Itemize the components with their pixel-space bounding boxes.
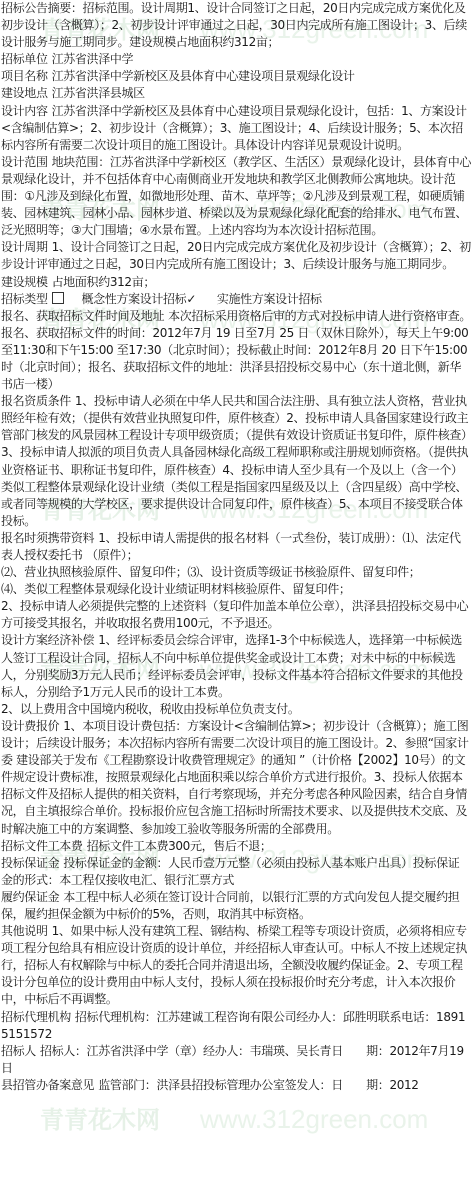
field-label: 设计方案经济补偿 [1, 633, 94, 647]
field-value: 投标保证金的金额：人民币壹万元整（必须由投标人基本账户出具）投标保证金的形式：本… [1, 856, 459, 887]
field-project-name: 项目名称江苏省洪泽中学新校区及县体育中心建设项目景观绿化设计 [1, 68, 471, 85]
field-value: 江苏省洪泽中学新校区及县体育中心建设项目景观绿化设计 [52, 69, 355, 83]
field-performance-bond: 履约保证金本工程中标人必须在签订设计合同前，以银行汇票的方式向发包人提交履约担保… [1, 889, 471, 923]
field-label: 设计内容 [1, 104, 48, 118]
field-tenderer-sign: 招标人招标人：江苏省洪泽中学（章）经办人：韦瑞瑛、吴长青日 期：2012年7月1… [1, 1043, 471, 1077]
field-value: 监管部门：洪泽县招投标管理办公室签发人：日 期：2012 [98, 1078, 418, 1092]
field-value: ⑷、类似工程整体景观绿化设计业绩证明材料核验原件、留复印件； [1, 582, 351, 596]
field-label: 设计周期 [1, 240, 48, 254]
field-tenderer: 招标单位江苏省洪泽中学 [1, 51, 471, 68]
field-value: 江苏省洪泽中学 [52, 52, 134, 66]
field-materials-cont: ⑵、营业执照核验原件、留复印件；⑶、设计资质等级证书核验原件、留复印件； [1, 564, 471, 581]
field-other-notes: 其他说明1、如果中标人没有建筑工程、钢结构、桥梁工程等专项设计资质，必须将相应专… [1, 923, 471, 1008]
field-label: 建设地点 [1, 86, 48, 100]
field-filing-opinion: 县招管办备案意见监管部门：洪泽县招投标管理办公室签发人：日 期：2012 [1, 1077, 471, 1094]
bid-type-option-concept: 概念性方案设计招标 [81, 292, 186, 306]
summary-paragraph: 招标公告摘要：招标范围。设计周期1、设计合同签订之日起，20日内完成完成方案优化… [1, 0, 471, 51]
field-agency: 招标代理机构招标代理机构：江苏建诚工程咨询有限公司经办人：邱胜明联系电话：189… [1, 1009, 471, 1043]
field-compensation: 设计方案经济补偿1、经评标委员会综合评审，选择1-3个中标候选人，选择第一中标候… [1, 632, 471, 700]
field-design-period: 设计周期1、设计合同签订之日起，20日内完成完成方案优化及初步设计（含概算）；2… [1, 239, 471, 273]
field-label: 其他说明 [1, 924, 48, 938]
field-bid-bond: 投标保证金投标保证金的金额：人民币壹万元整（必须由投标人基本账户出具）投标保证金… [1, 855, 471, 889]
watermark: 青青花木网www.312green.com [40, 1100, 428, 1135]
field-label: 招标单位 [1, 52, 48, 66]
field-label: 设计费报价 [1, 719, 59, 733]
field-value: 招标人：江苏省洪泽中学（章）经办人：韦瑞瑛、吴长青日 期：2012年7月19日 [1, 1044, 464, 1075]
field-location: 建设地点江苏省洪泽县城区 [1, 85, 471, 102]
field-qualification: 报名资质条件1、投标申请人必须在中华人民共和国合法注册、具有独立法人资格，营业执… [1, 393, 471, 530]
field-materials: 报名时须携带资料1、投标申请人需提供的报名材料（一式叁份，装订成册）：⑴、法定代… [1, 530, 471, 564]
field-value: 地块范围：江苏省洪泽中学新校区（教学区、生活区）景观绿化设计，县体育中心景观绿化… [1, 155, 471, 237]
field-scale: 建设规模占地面积约312亩； [1, 274, 471, 291]
field-value: 2、以上费用含中国境内税收，税收由投标单位负责支付。 [1, 702, 300, 716]
field-design-scope: 设计范围地块范围：江苏省洪泽中学新校区（教学区、生活区）景观绿化设计，县体育中心… [1, 154, 471, 239]
field-value: 1、本项目设计费包括：方案设计<含编制估算>；初步设计（含概算）；施工图设计；后… [1, 719, 469, 836]
field-compensation-cont: 2、以上费用含中国境内税收，税收由投标单位负责支付。 [1, 701, 471, 718]
field-label: 县招管办备案意见 [1, 1078, 94, 1092]
field-value: 占地面积约312亩； [52, 275, 155, 289]
field-design-content: 设计内容江苏省洪泽中学新校区及县体育中心建设项目景观绿化设计，包括：1、方案设计… [1, 103, 471, 154]
field-label: 招标文件工本费 [1, 839, 83, 853]
field-label: 招标代理机构 [1, 1010, 71, 1024]
field-value: 1、如果中标人没有建筑工程、钢结构、桥梁工程等专项设计资质，必须将相应专项工程分… [1, 924, 467, 1006]
field-label: 报名、获取招标文件时间及地址 [1, 309, 164, 323]
field-materials-cont: ⑷、类似工程整体景观绿化设计业绩证明材料核验原件、留复印件； [1, 581, 471, 598]
field-value: 招标文件工本费300元，售后不退； [87, 839, 272, 853]
field-doc-fee: 招标文件工本费招标文件工本费300元，售后不退； [1, 838, 471, 855]
field-label: 报名时须携带资料 [1, 531, 94, 545]
field-label: 建设规模 [1, 275, 48, 289]
field-label: 报名资质条件 [1, 394, 71, 408]
checkbox-icon [52, 292, 64, 304]
field-design-fee: 设计费报价1、本项目设计费包括：方案设计<含编制估算>；初步设计（含概算）；施工… [1, 718, 471, 838]
field-value: 1、投标申请人必须在中华人民共和国合法注册、具有独立法人资格，营业执照经年检有效… [1, 394, 468, 528]
tender-announcement: 招标公告摘要：招标范围。设计周期1、设计合同签订之日起，20日内完成完成方案优化… [0, 0, 473, 1094]
field-label: 招标类型 [1, 292, 48, 306]
field-value: 江苏省洪泽中学新校区及县体育中心建设项目景观绿化设计，包括：1、方案设计<含编制… [1, 104, 467, 152]
field-value: 1、设计合同签订之日起，20日内完成完成方案优化及初步设计（含概算）；2、初步设… [1, 240, 471, 271]
field-bid-type: 招标类型 概念性方案设计招标✓ 实施性方案设计招标 [1, 291, 471, 308]
check-mark-icon: ✓ [186, 292, 196, 306]
field-registration: 报名、获取招标文件时间及地址本次招标采用资格后审的方式对投标申请人进行资格审查。… [1, 308, 471, 393]
bid-type-option-implementation: 实施性方案设计招标 [217, 292, 322, 306]
field-label: 招标人 [1, 1044, 36, 1058]
field-value: 本工程中标人必须在签订设计合同前，以银行汇票的方式向发包人提交履约担保，履约担保… [1, 890, 459, 921]
field-value: ⑵、营业执照核验原件、留复印件；⑶、设计资质等级证书核验原件、留复印件； [1, 565, 420, 579]
field-value: 江苏省洪泽县城区 [52, 86, 145, 100]
field-value: 2、投标申请人必须提供完整的上述资料（复印件加盖本单位公章），洪泽县招投标交易中… [1, 599, 468, 630]
field-materials-cont: 2、投标申请人必须提供完整的上述资料（复印件加盖本单位公章），洪泽县招投标交易中… [1, 598, 471, 632]
field-label: 设计范围 [1, 155, 48, 169]
field-label: 项目名称 [1, 69, 48, 83]
field-label: 履约保证金 [1, 890, 59, 904]
field-label: 投标保证金 [1, 856, 59, 870]
